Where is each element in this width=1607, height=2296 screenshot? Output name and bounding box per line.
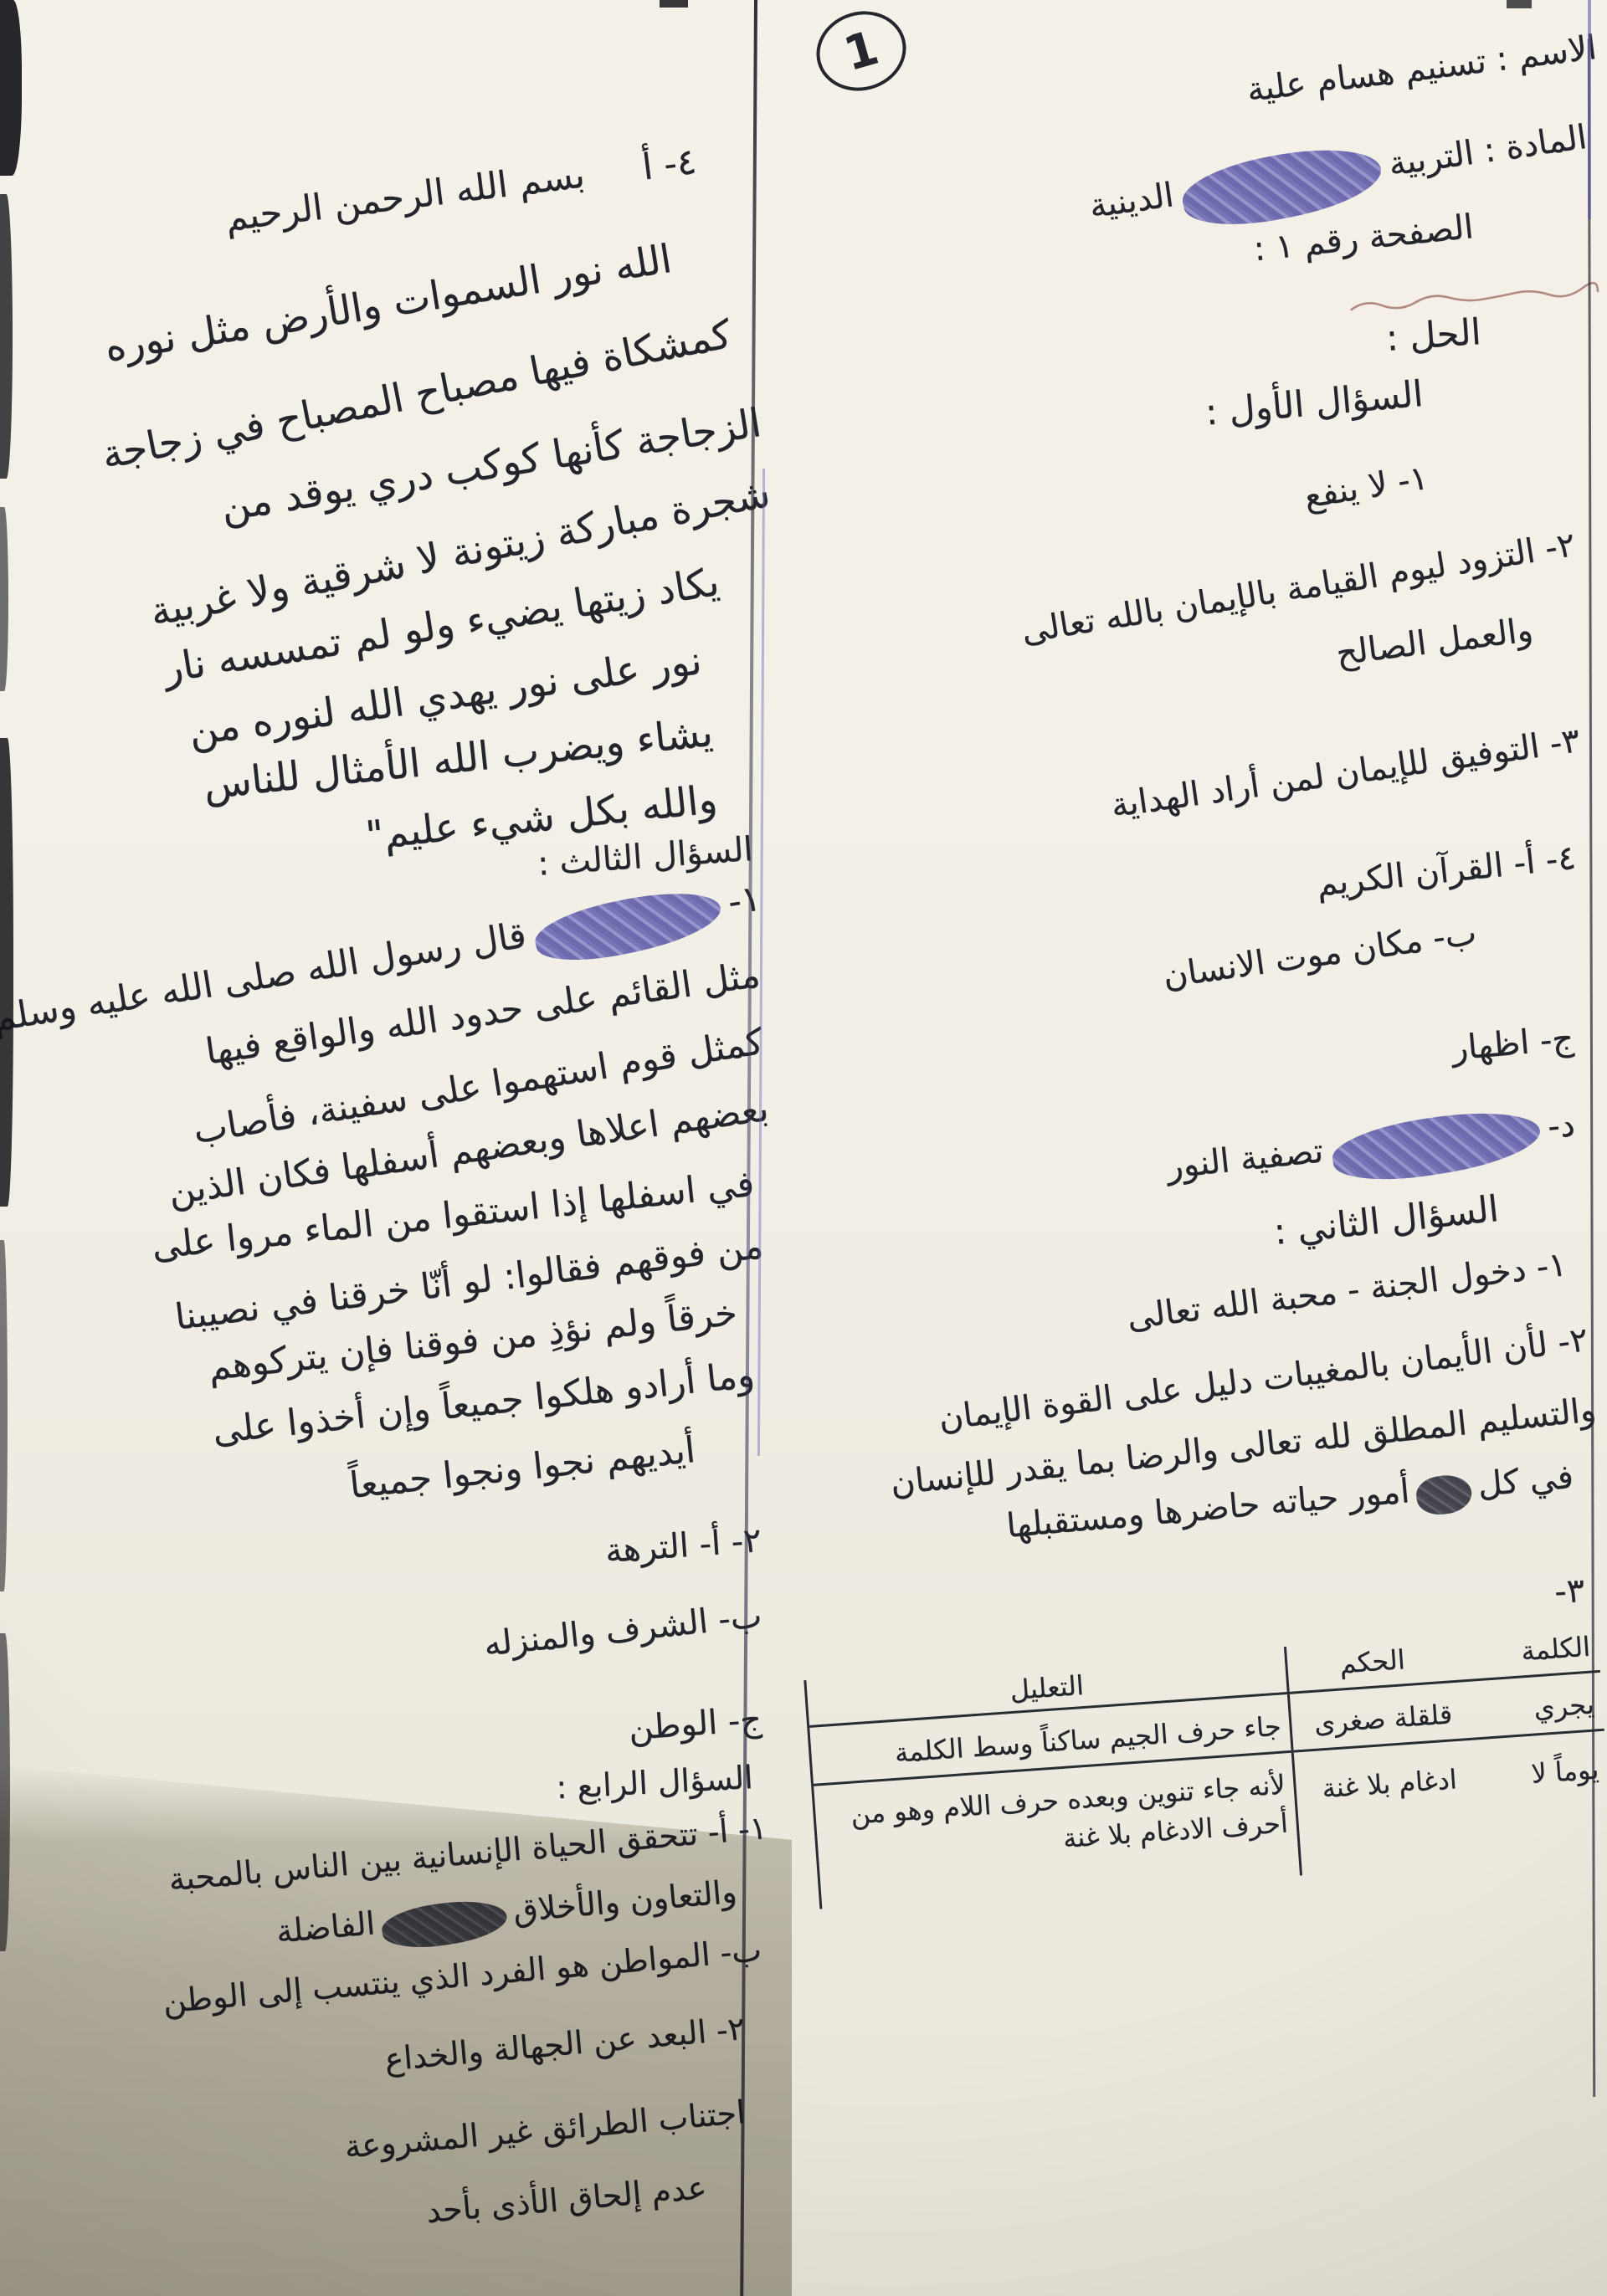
q1-answer-4c: ج- اظهار	[1450, 1019, 1575, 1069]
question4-heading: السؤال الرابع :	[555, 1759, 753, 1806]
table-header-word: الكلمة	[1455, 1625, 1599, 1680]
q1-answer-4d-text: تصفية النور	[1165, 1132, 1325, 1186]
bismillah-line: ٤- أبسم الله الرحمن الرحيم	[223, 141, 698, 240]
q1-answer-4b: ب- مكان موت الانسان	[1160, 914, 1478, 996]
q3-answer-2a: ٢- أ- الترهة	[604, 1521, 763, 1571]
q3-answer-2b: ب- الشرف والمنزله	[482, 1596, 764, 1664]
top-edge-mark	[660, 0, 688, 8]
ink-scribble-blot	[1414, 1472, 1475, 1518]
student-name-line: الاسم : تسنيم هسام علية	[1245, 28, 1599, 110]
q1-answer-4a: ٤- أ- القرآن الكريم	[1315, 838, 1578, 904]
subject-prefix: المادة : التربية	[1386, 118, 1589, 184]
question2-heading: السؤال الثاني :	[1272, 1188, 1501, 1253]
q2-answer-2-line3-start: في كل	[1476, 1458, 1575, 1504]
torn-edge-mark	[0, 1240, 8, 1591]
q4-answer-b: ب- المواطن هو الفرد الذي ينتسب إلى الوطن	[162, 1931, 763, 2020]
right-page-edge-blue-tint	[1588, 0, 1591, 219]
q1-answer-3: ٣- التوفيق للإيمان لمن أراد الهداية	[1108, 721, 1582, 825]
subject-suffix: الدينية	[1086, 176, 1175, 226]
q3-answer-1-marker: ١-	[726, 877, 764, 923]
hadith-line: أيديهم نجوا ونجوا جميعاً	[348, 1429, 698, 1507]
page-number: 1	[838, 20, 884, 81]
torn-edge-mark	[0, 738, 13, 1207]
q2-item4-marker: ٤- أ	[639, 141, 698, 188]
q4-answer-1-line2-start: والتعاون والأخلاق	[511, 1873, 738, 1929]
q2-answer-3-marker: ٣-	[1553, 1571, 1585, 1612]
table-cell-rule: قلقلة صغرى	[1287, 1683, 1462, 1750]
torn-edge-mark	[0, 194, 13, 479]
q4-answer-2-line1: ٢- البعد عن الجهالة والخداع	[383, 2010, 747, 2078]
torn-edge-mark	[0, 507, 8, 691]
spacer	[586, 180, 644, 187]
q1-answer-2-line2: والعمل الصالح	[1334, 611, 1535, 673]
ink-scribble-blot	[1328, 1101, 1544, 1190]
q1-answer-4d: د-تصفية النور	[1164, 1098, 1578, 1197]
q2-answer-1: ١- دخول الجنة - محبة الله تعالى	[1125, 1245, 1568, 1337]
solution-heading: الحل :	[1385, 311, 1483, 360]
top-edge-mark	[1507, 0, 1532, 8]
ink-scribble-blot	[531, 880, 726, 971]
photo-background: 1 الاسم : تسنيم هسام علية المادة : الترب…	[0, 0, 1607, 2296]
q4-answer-2-line2: اجتناب الطرائق غير المشروعة	[342, 2094, 746, 2165]
table-cell-word: يوماً لا	[1462, 1730, 1607, 1863]
subject-line: المادة : التربيةالدينية	[1085, 107, 1590, 240]
table-header-rule: الحكم	[1284, 1635, 1458, 1693]
question3-heading: السؤال الثالث :	[537, 830, 754, 884]
table-cell-rule: ادغام بلا غنة	[1291, 1740, 1471, 1875]
torn-edge-mark	[0, 1633, 10, 1951]
q1-answer-1: ١- لا ينفع	[1302, 459, 1430, 516]
table-cell-word: يجري	[1458, 1673, 1604, 1738]
ink-scribble-blot	[379, 1894, 509, 1953]
q1-answer-4d-marker: د-	[1546, 1105, 1577, 1146]
torn-edge-mark	[0, 0, 22, 176]
notebook-photo: { "page": { "badge": "1" }, "header": { …	[0, 0, 1607, 2296]
q4-answer-2-line3: عدم إلحاق الأذى بأحد	[424, 2169, 708, 2230]
question1-heading: السؤال الأول :	[1204, 373, 1425, 434]
page-crease-blue-tint	[757, 469, 765, 1456]
tajweed-table: الكلمة الحكم التعليل يجري قلقلة صغرى جاء…	[803, 1625, 1607, 1909]
bismillah-text: بسم الله الرحمن الرحيم	[223, 154, 587, 239]
page-number-badge: 1	[807, 1, 916, 101]
q3-answer-2c: ج- الوطن	[627, 1700, 762, 1748]
q4-answer-1-line2-end: الفاضلة	[275, 1904, 377, 1950]
